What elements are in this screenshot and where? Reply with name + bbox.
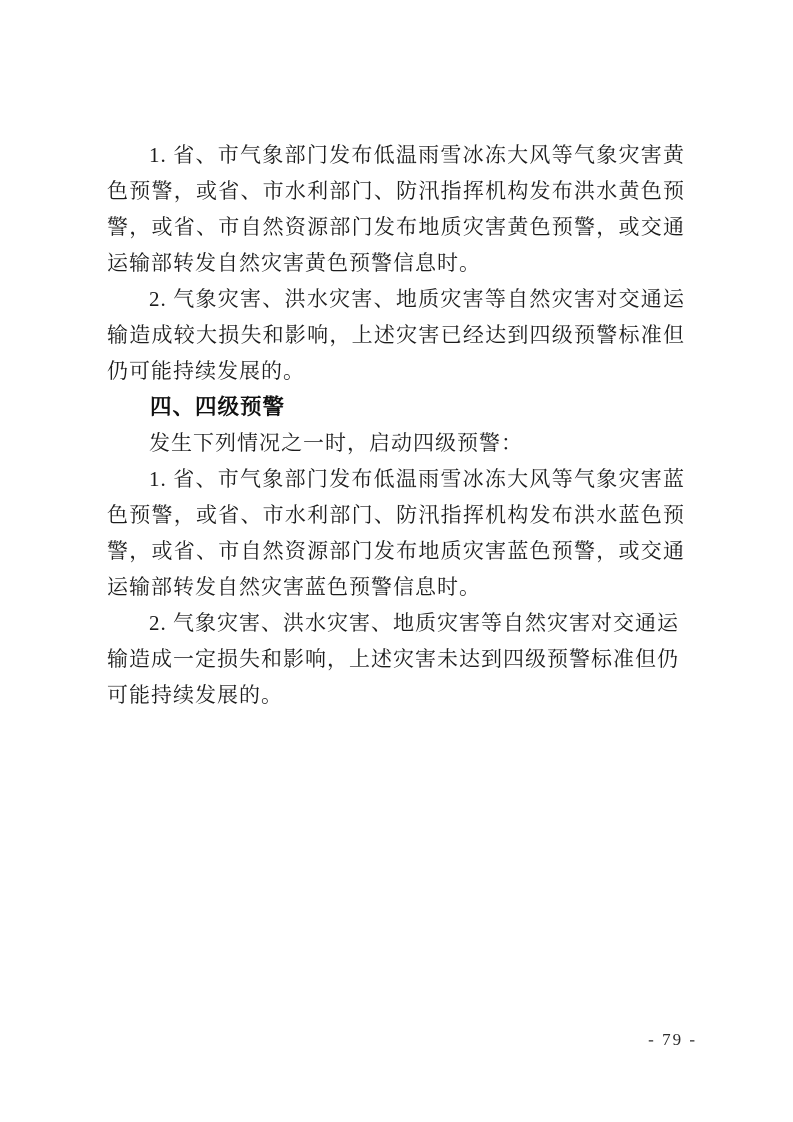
section-heading-level4-warning: 四、四级预警	[107, 389, 685, 425]
page-number: - 79 -	[0, 1030, 793, 1050]
paragraph-level4-intro: 发生下列情况之一时，启动四级预警：	[107, 425, 685, 461]
paragraph-blue-warning-criteria-1: 1. 省、市气象部门发布低温雨雪冰冻大风等气象灾害蓝色预警，或省、市水利部门、防…	[107, 461, 685, 605]
paragraph-blue-warning-criteria-2: 2. 气象灾害、洪水灾害、地质灾害等自然灾害对交通运输造成一定损失和影响，上述灾…	[107, 605, 685, 713]
document-page: 1. 省、市气象部门发布低温雨雪冰冻大风等气象灾害黄色预警，或省、市水利部门、防…	[0, 0, 793, 1122]
document-body: 1. 省、市气象部门发布低温雨雪冰冻大风等气象灾害黄色预警，或省、市水利部门、防…	[107, 137, 685, 713]
paragraph-yellow-warning-criteria-2: 2. 气象灾害、洪水灾害、地质灾害等自然灾害对交通运输造成较大损失和影响，上述灾…	[107, 281, 685, 389]
paragraph-yellow-warning-criteria-1: 1. 省、市气象部门发布低温雨雪冰冻大风等气象灾害黄色预警，或省、市水利部门、防…	[107, 137, 685, 281]
